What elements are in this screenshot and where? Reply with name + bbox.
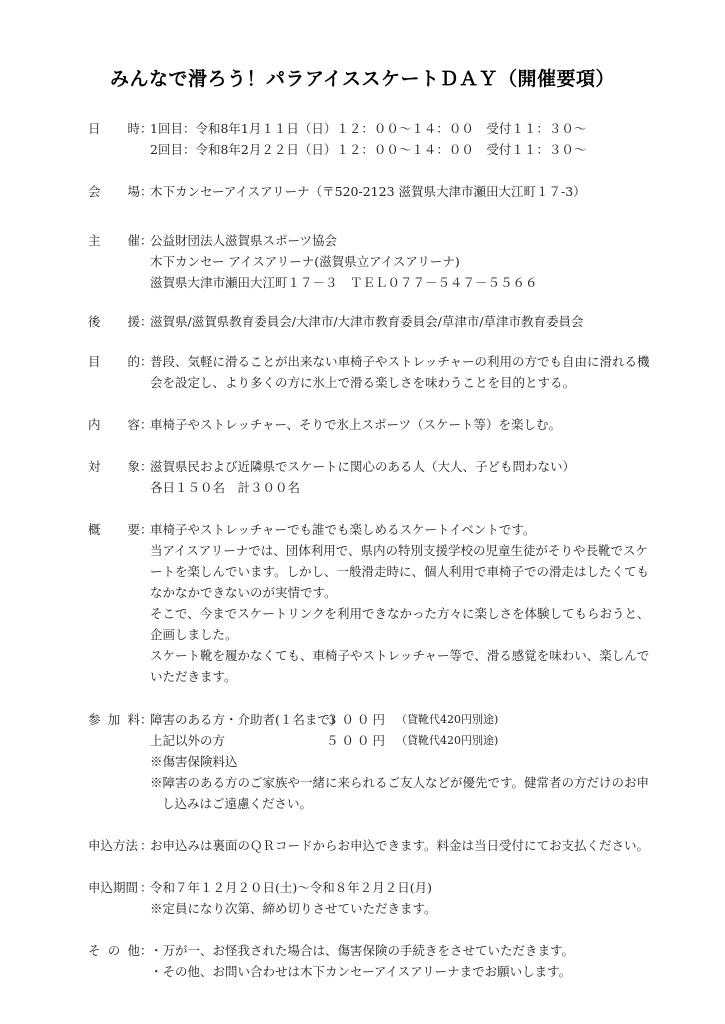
overview-line-1: 車椅子やストレッチャーでも誰でも楽しめるスケートイベントです。 (150, 519, 648, 540)
period-line-1: 令和７年１２月２０日(土)～令和８年２月２日(月) (150, 877, 648, 898)
section-purpose: 目 的 ： 普段、気軽に滑ることが出来ない車椅子やストレッチャーの利用の方でも自… (88, 351, 648, 393)
section-organizer: 主 催 ： 公益財団法人滋賀県スポーツ協会 木下カンセー アイスアリーナ(滋賀県… (88, 230, 648, 293)
organizer-line-2: 木下カンセー アイスアリーナ(滋賀県立アイスアリーナ) (88, 251, 648, 272)
fee-note-priority-2: し込みはご遠慮ください。 (88, 793, 648, 814)
other-line-1: ・万が一、お怪我された場合は、傷害保険の手続きをさせていただきます。 (150, 940, 648, 961)
overview-line-8: いただきます。 (88, 666, 648, 687)
section-content: 内 容 ： 車椅子やストレッチャー、そりで氷上スポーツ（スケート等）を楽しむ。 (88, 414, 648, 435)
purpose-line-1: 普段、気軽に滑ることが出来ない車椅子やストレッチャーの利用の方でも自由に滑れる機 (150, 351, 650, 372)
section-overview: 概 要 ： 車椅子やストレッチャーでも誰でも楽しめるスケートイベントです。 当ア… (88, 519, 648, 687)
section-other: そ の 他 ： ・万が一、お怪我された場合は、傷害保険の手続きをさせていただきま… (88, 940, 648, 982)
section-label: 参 加 料 (88, 709, 140, 730)
section-label: 申込方法 (88, 835, 140, 856)
target-line-2: 各日１５０名 計３００名 (88, 477, 648, 498)
section-label: 後 援 (88, 311, 140, 332)
section-label: 会 場 (88, 181, 140, 202)
support-line: 滋賀県/滋賀県教育委員会/大津市/大津市教育委員会/草津市/草津市教育委員会 (150, 311, 648, 332)
fee-row-disabled: 障害のある方・介助者(１名まで) ３００円 （貸靴代420円別途) (150, 709, 648, 730)
method-line: お申込みは裏面のＱＲコードからお申込できます。料金は当日受付にてお支払ください。 (150, 835, 649, 856)
schedule-line-2: 2回目：令和8年2月２２日（日）１２：００～１４：００ 受付１１：３０～ (88, 139, 648, 160)
section-method: 申込方法 ： お申込みは裏面のＱＲコードからお申込できます。料金は当日受付にてお… (88, 835, 648, 856)
content-line: 車椅子やストレッチャー、そりで氷上スポーツ（スケート等）を楽しむ。 (150, 414, 648, 435)
section-label: 申込期間 (88, 877, 140, 898)
overview-line-7: スケート靴を履かなくても、車椅子やストレッチャー等で、滑る感覚を味わい、楽しんで (88, 645, 648, 666)
section-support: 後 援 ： 滋賀県/滋賀県教育委員会/大津市/大津市教育委員会/草津市/草津市教… (88, 311, 648, 332)
section-label: 目 的 (88, 351, 140, 372)
section-fee: 参 加 料 ： 障害のある方・介助者(１名まで) ３００円 （貸靴代420円別途… (88, 709, 648, 814)
period-line-2: ※定員になり次第、締め切りさせていただきます。 (88, 898, 648, 919)
section-schedule: 日 時 ： 1回目：令和8年1月１１日（日）１２：００～１４：００ 受付１１：３… (88, 118, 648, 160)
overview-line-3: ートを楽しんでいます。しかし、一般滑走時に、個人利用で車椅子での滑走はしたくても (88, 561, 648, 582)
other-line-2: ・その他、お問い合わせは木下カンセーアイスアリーナまでお願いします。 (88, 961, 648, 982)
overview-line-6: 企画しました。 (88, 624, 648, 645)
section-period: 申込期間 ： 令和７年１２月２０日(土)～令和８年２月２日(月) ※定員になり次… (88, 877, 648, 919)
schedule-line-1: 1回目：令和8年1月１１日（日）１２：００～１４：００ 受付１１：３０～ (150, 118, 648, 139)
section-venue: 会 場 ： 木下カンセーアイスアリーナ（〒520-2123 滋賀県大津市瀬田大江… (88, 181, 648, 202)
organizer-line-1: 公益財団法人滋賀県スポーツ協会 (150, 230, 648, 251)
fee-note-insurance: ※傷害保険料込 (88, 751, 648, 772)
section-label: 対 象 (88, 456, 140, 477)
organizer-line-3: 滋賀県大津市瀬田大江町１７－３ ＴＥＬ０７７－５４７－５５６６ (88, 272, 648, 293)
section-label: 内 容 (88, 414, 140, 435)
overview-line-2: 当アイスアリーナでは、団体利用で、県内の特別支援学校の児童生徒がそりや長靴でスケ (88, 540, 648, 561)
fee-note-priority-1: ※障害のある方のご家族や一緒に来られるご友人などが優先です。健常者の方だけのお申 (88, 772, 648, 793)
section-label: 概 要 (88, 519, 140, 540)
section-label: そ の 他 (88, 940, 140, 961)
overview-line-5: そこで、今までスケートリンクを利用できなかった方々に楽しさを体験してもらおうと、 (88, 603, 648, 624)
section-label: 主 催 (88, 230, 140, 251)
target-line-1: 滋賀県民および近隣県でスケートに関心のある人（大人、子ども問わない） (150, 456, 648, 477)
venue-line: 木下カンセーアイスアリーナ（〒520-2123 滋賀県大津市瀬田大江町１７-3） (150, 181, 648, 202)
overview-line-4: なかなかできないのが実情です。 (88, 582, 648, 603)
document-title: みんなで滑ろう！パラアイススケートＤＡＹ（開催要項） (0, 64, 725, 91)
section-label: 日 時 (88, 118, 140, 139)
fee-row-others: 上記以外の方 ５００円 （貸靴代420円別途) (88, 730, 648, 751)
purpose-line-2: 会を設定し、より多くの方に氷上で滑る楽しさを味わうことを目的とする。 (88, 372, 648, 393)
section-target: 対 象 ： 滋賀県民および近隣県でスケートに関心のある人（大人、子ども問わない）… (88, 456, 648, 498)
